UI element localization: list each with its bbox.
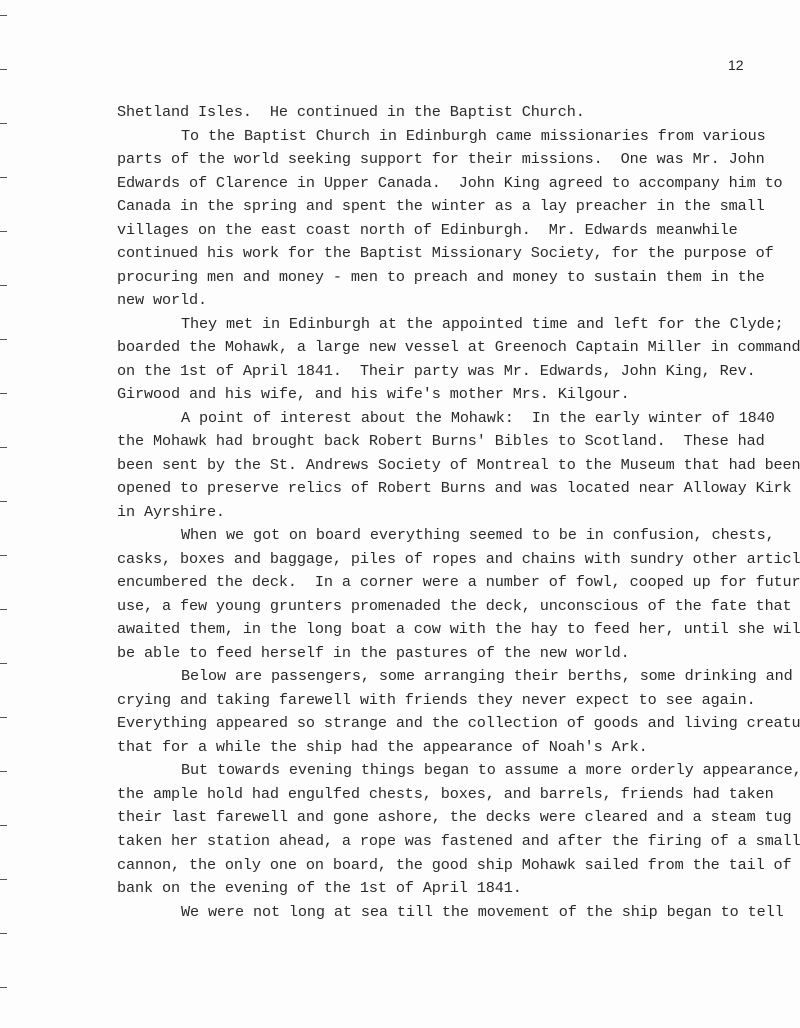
text-line: continued his work for the Baptist Missi… xyxy=(117,242,777,266)
margin-tick xyxy=(0,69,7,70)
text-line: They met in Edinburgh at the appointed t… xyxy=(117,313,777,337)
text-line: To the Baptist Church in Edinburgh came … xyxy=(117,125,777,149)
margin-tick xyxy=(0,609,7,610)
text-line: Edwards of Clarence in Upper Canada. Joh… xyxy=(117,172,777,196)
text-line: Everything appeared so strange and the c… xyxy=(117,712,777,736)
margin-tick xyxy=(0,177,7,178)
text-line: When we got on board everything seemed t… xyxy=(117,524,777,548)
margin-tick xyxy=(0,879,7,880)
text-line: opened to preserve relics of Robert Burn… xyxy=(117,477,777,501)
text-line: bank on the evening of the 1st of April … xyxy=(117,877,777,901)
text-line: We were not long at sea till the movemen… xyxy=(117,901,777,925)
text-line: the ample hold had engulfed chests, boxe… xyxy=(117,783,777,807)
text-line: been sent by the St. Andrews Society of … xyxy=(117,454,777,478)
text-line: crying and taking farewell with friends … xyxy=(117,689,777,713)
text-line: encumbered the deck. In a corner were a … xyxy=(117,571,777,595)
margin-tick xyxy=(0,987,7,988)
document-body: Shetland Isles. He continued in the Bapt… xyxy=(117,101,777,924)
text-line: boarded the Mohawk, a large new vessel a… xyxy=(117,336,777,360)
text-line: their last farewell and gone ashore, the… xyxy=(117,806,777,830)
text-line: A point of interest about the Mohawk: In… xyxy=(117,407,777,431)
margin-tick xyxy=(0,933,7,934)
text-line: casks, boxes and baggage, piles of ropes… xyxy=(117,548,777,572)
text-line: parts of the world seeking support for t… xyxy=(117,148,777,172)
text-line: cannon, the only one on board, the good … xyxy=(117,854,777,878)
margin-tick xyxy=(0,15,7,16)
margin-tick xyxy=(0,825,7,826)
text-line: be able to feed herself in the pastures … xyxy=(117,642,777,666)
text-line: Canada in the spring and spent the winte… xyxy=(117,195,777,219)
margin-tick xyxy=(0,123,7,124)
text-line: the Mohawk had brought back Robert Burns… xyxy=(117,430,777,454)
margin-tick xyxy=(0,285,7,286)
margin-tick xyxy=(0,501,7,502)
text-line: that for a while the ship had the appear… xyxy=(117,736,777,760)
text-line: Shetland Isles. He continued in the Bapt… xyxy=(117,101,777,125)
margin-tick xyxy=(0,663,7,664)
text-line: villages on the east coast north of Edin… xyxy=(117,219,777,243)
margin-tick-marks xyxy=(0,0,10,1028)
margin-tick xyxy=(0,393,7,394)
text-line: Girwood and his wife, and his wife's mot… xyxy=(117,383,777,407)
text-line: taken her station ahead, a rope was fast… xyxy=(117,830,777,854)
margin-tick xyxy=(0,717,7,718)
text-line: But towards evening things began to assu… xyxy=(117,759,777,783)
text-line: in Ayrshire. xyxy=(117,501,777,525)
text-line: Below are passengers, some arranging the… xyxy=(117,665,777,689)
margin-tick xyxy=(0,771,7,772)
text-line: use, a few young grunters promenaded the… xyxy=(117,595,777,619)
text-line: awaited them, in the long boat a cow wit… xyxy=(117,618,777,642)
margin-tick xyxy=(0,555,7,556)
page-number: 12 xyxy=(728,57,744,73)
margin-tick xyxy=(0,231,7,232)
text-line: procuring men and money - men to preach … xyxy=(117,266,777,290)
text-line: new world. xyxy=(117,289,777,313)
margin-tick xyxy=(0,447,7,448)
text-line: on the 1st of April 1841. Their party wa… xyxy=(117,360,777,384)
margin-tick xyxy=(0,339,7,340)
